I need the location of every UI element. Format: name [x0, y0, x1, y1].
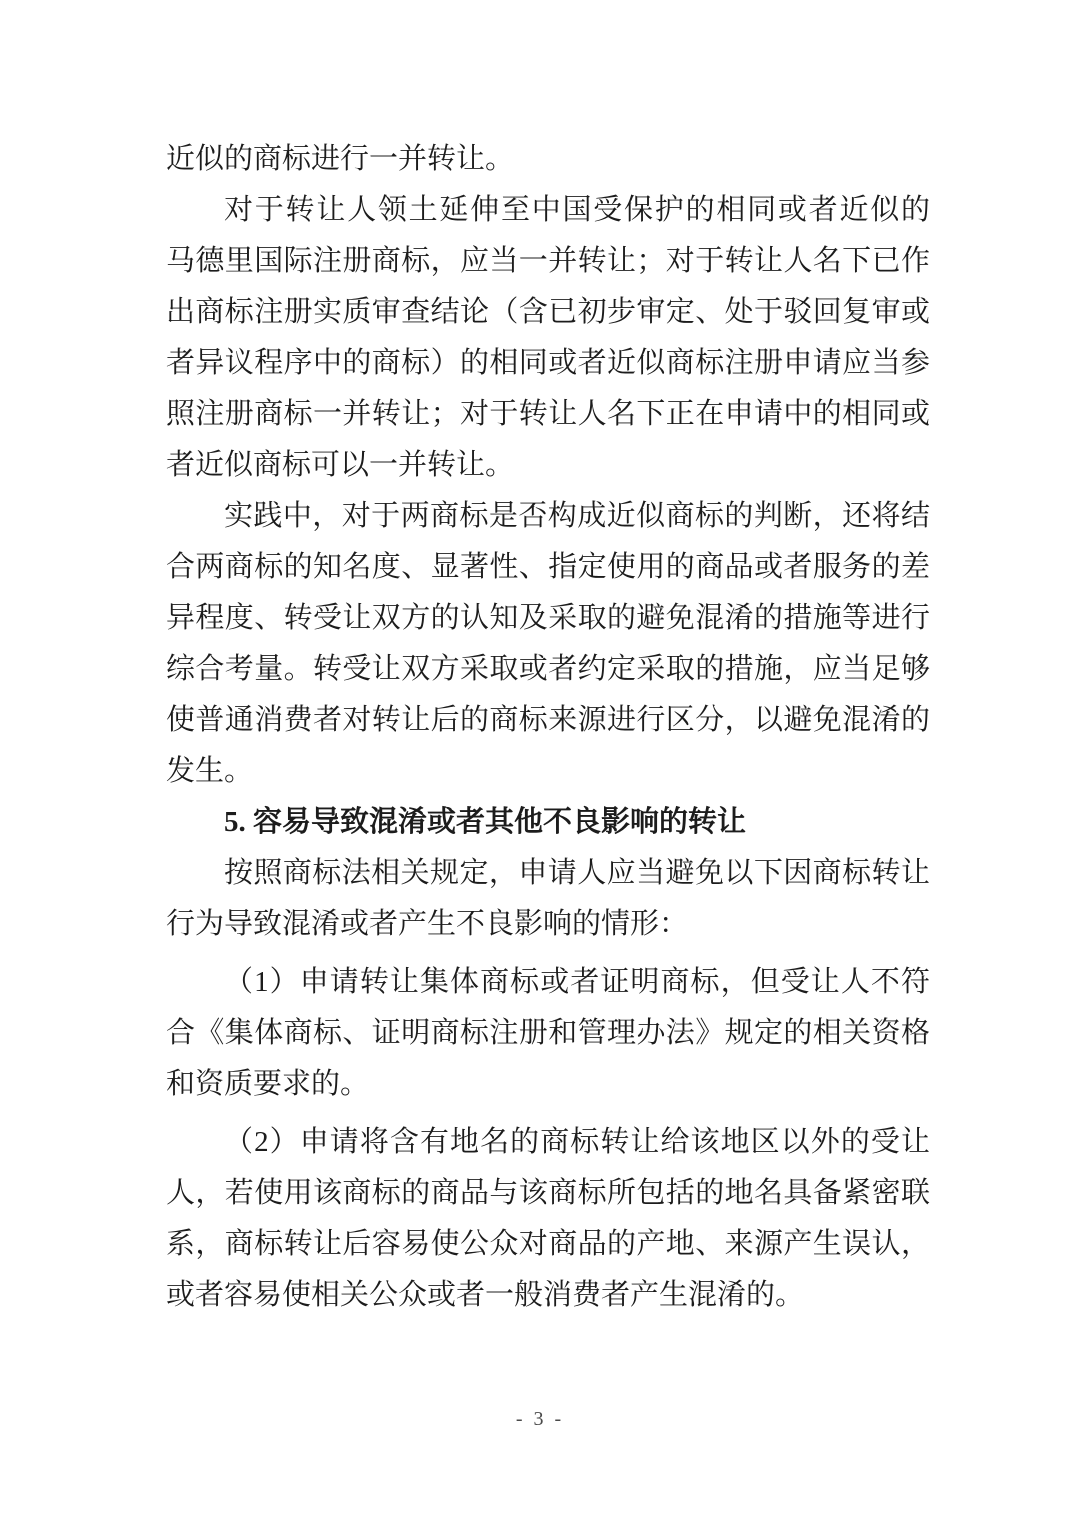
body-text-line: 者近似商标可以一并转让。 [166, 440, 930, 491]
body-text-line: 实践中，对于两商标是否构成近似商标的判断，还将结 [166, 491, 930, 542]
body-text-line: 综合考量。转受让双方采取或者约定采取的措施，应当足够 [166, 644, 930, 695]
body-text-line: 或者容易使相关公众或者一般消费者产生混淆的。 [166, 1270, 930, 1321]
body-text-line: 对于转让人领土延伸至中国受保护的相同或者近似的 [166, 185, 930, 236]
body-text-line: 按照商标法相关规定，申请人应当避免以下因商标转让 [166, 848, 930, 899]
document-body: 近似的商标进行一并转让。对于转让人领土延伸至中国受保护的相同或者近似的马德里国际… [166, 134, 930, 1321]
body-text-line: 发生。 [166, 746, 930, 797]
body-text-line: 系，商标转让后容易使公众对商品的产地、来源产生误认， [166, 1219, 930, 1270]
body-text-line: 异程度、转受让双方的认知及采取的避免混淆的措施等进行 [166, 593, 930, 644]
body-text-line: 使普通消费者对转让后的商标来源进行区分，以避免混淆的 [166, 695, 930, 746]
body-text-line: 人，若使用该商标的商品与该商标所包括的地名具备紧密联 [166, 1168, 930, 1219]
page-number: - 3 - [516, 1408, 564, 1430]
body-text-line: 合《集体商标、证明商标注册和管理办法》规定的相关资格 [166, 1008, 930, 1059]
body-text-line: 照注册商标一并转让；对于转让人名下正在申请中的相同或 [166, 389, 930, 440]
document-page: 近似的商标进行一并转让。对于转让人领土延伸至中国受保护的相同或者近似的马德里国际… [0, 0, 1080, 1527]
body-text-line: 者异议程序中的商标）的相同或者近似商标注册申请应当参 [166, 338, 930, 389]
body-text-line: （2）申请将含有地名的商标转让给该地区以外的受让 [166, 1117, 930, 1168]
body-text-line: 马德里国际注册商标，应当一并转让；对于转让人名下已作 [166, 236, 930, 287]
body-text-line: （1）申请转让集体商标或者证明商标，但受让人不符 [166, 957, 930, 1008]
body-text-line: 近似的商标进行一并转让。 [166, 134, 930, 185]
body-text-line: 出商标注册实质审查结论（含已初步审定、处于驳回复审或 [166, 287, 930, 338]
section-heading: 5. 容易导致混淆或者其他不良影响的转让 [166, 797, 930, 848]
body-text-line: 和资质要求的。 [166, 1059, 930, 1110]
page-footer: - 3 - [0, 1408, 1080, 1431]
body-text-line: 行为导致混淆或者产生不良影响的情形： [166, 899, 930, 950]
body-text-line: 合两商标的知名度、显著性、指定使用的商品或者服务的差 [166, 542, 930, 593]
